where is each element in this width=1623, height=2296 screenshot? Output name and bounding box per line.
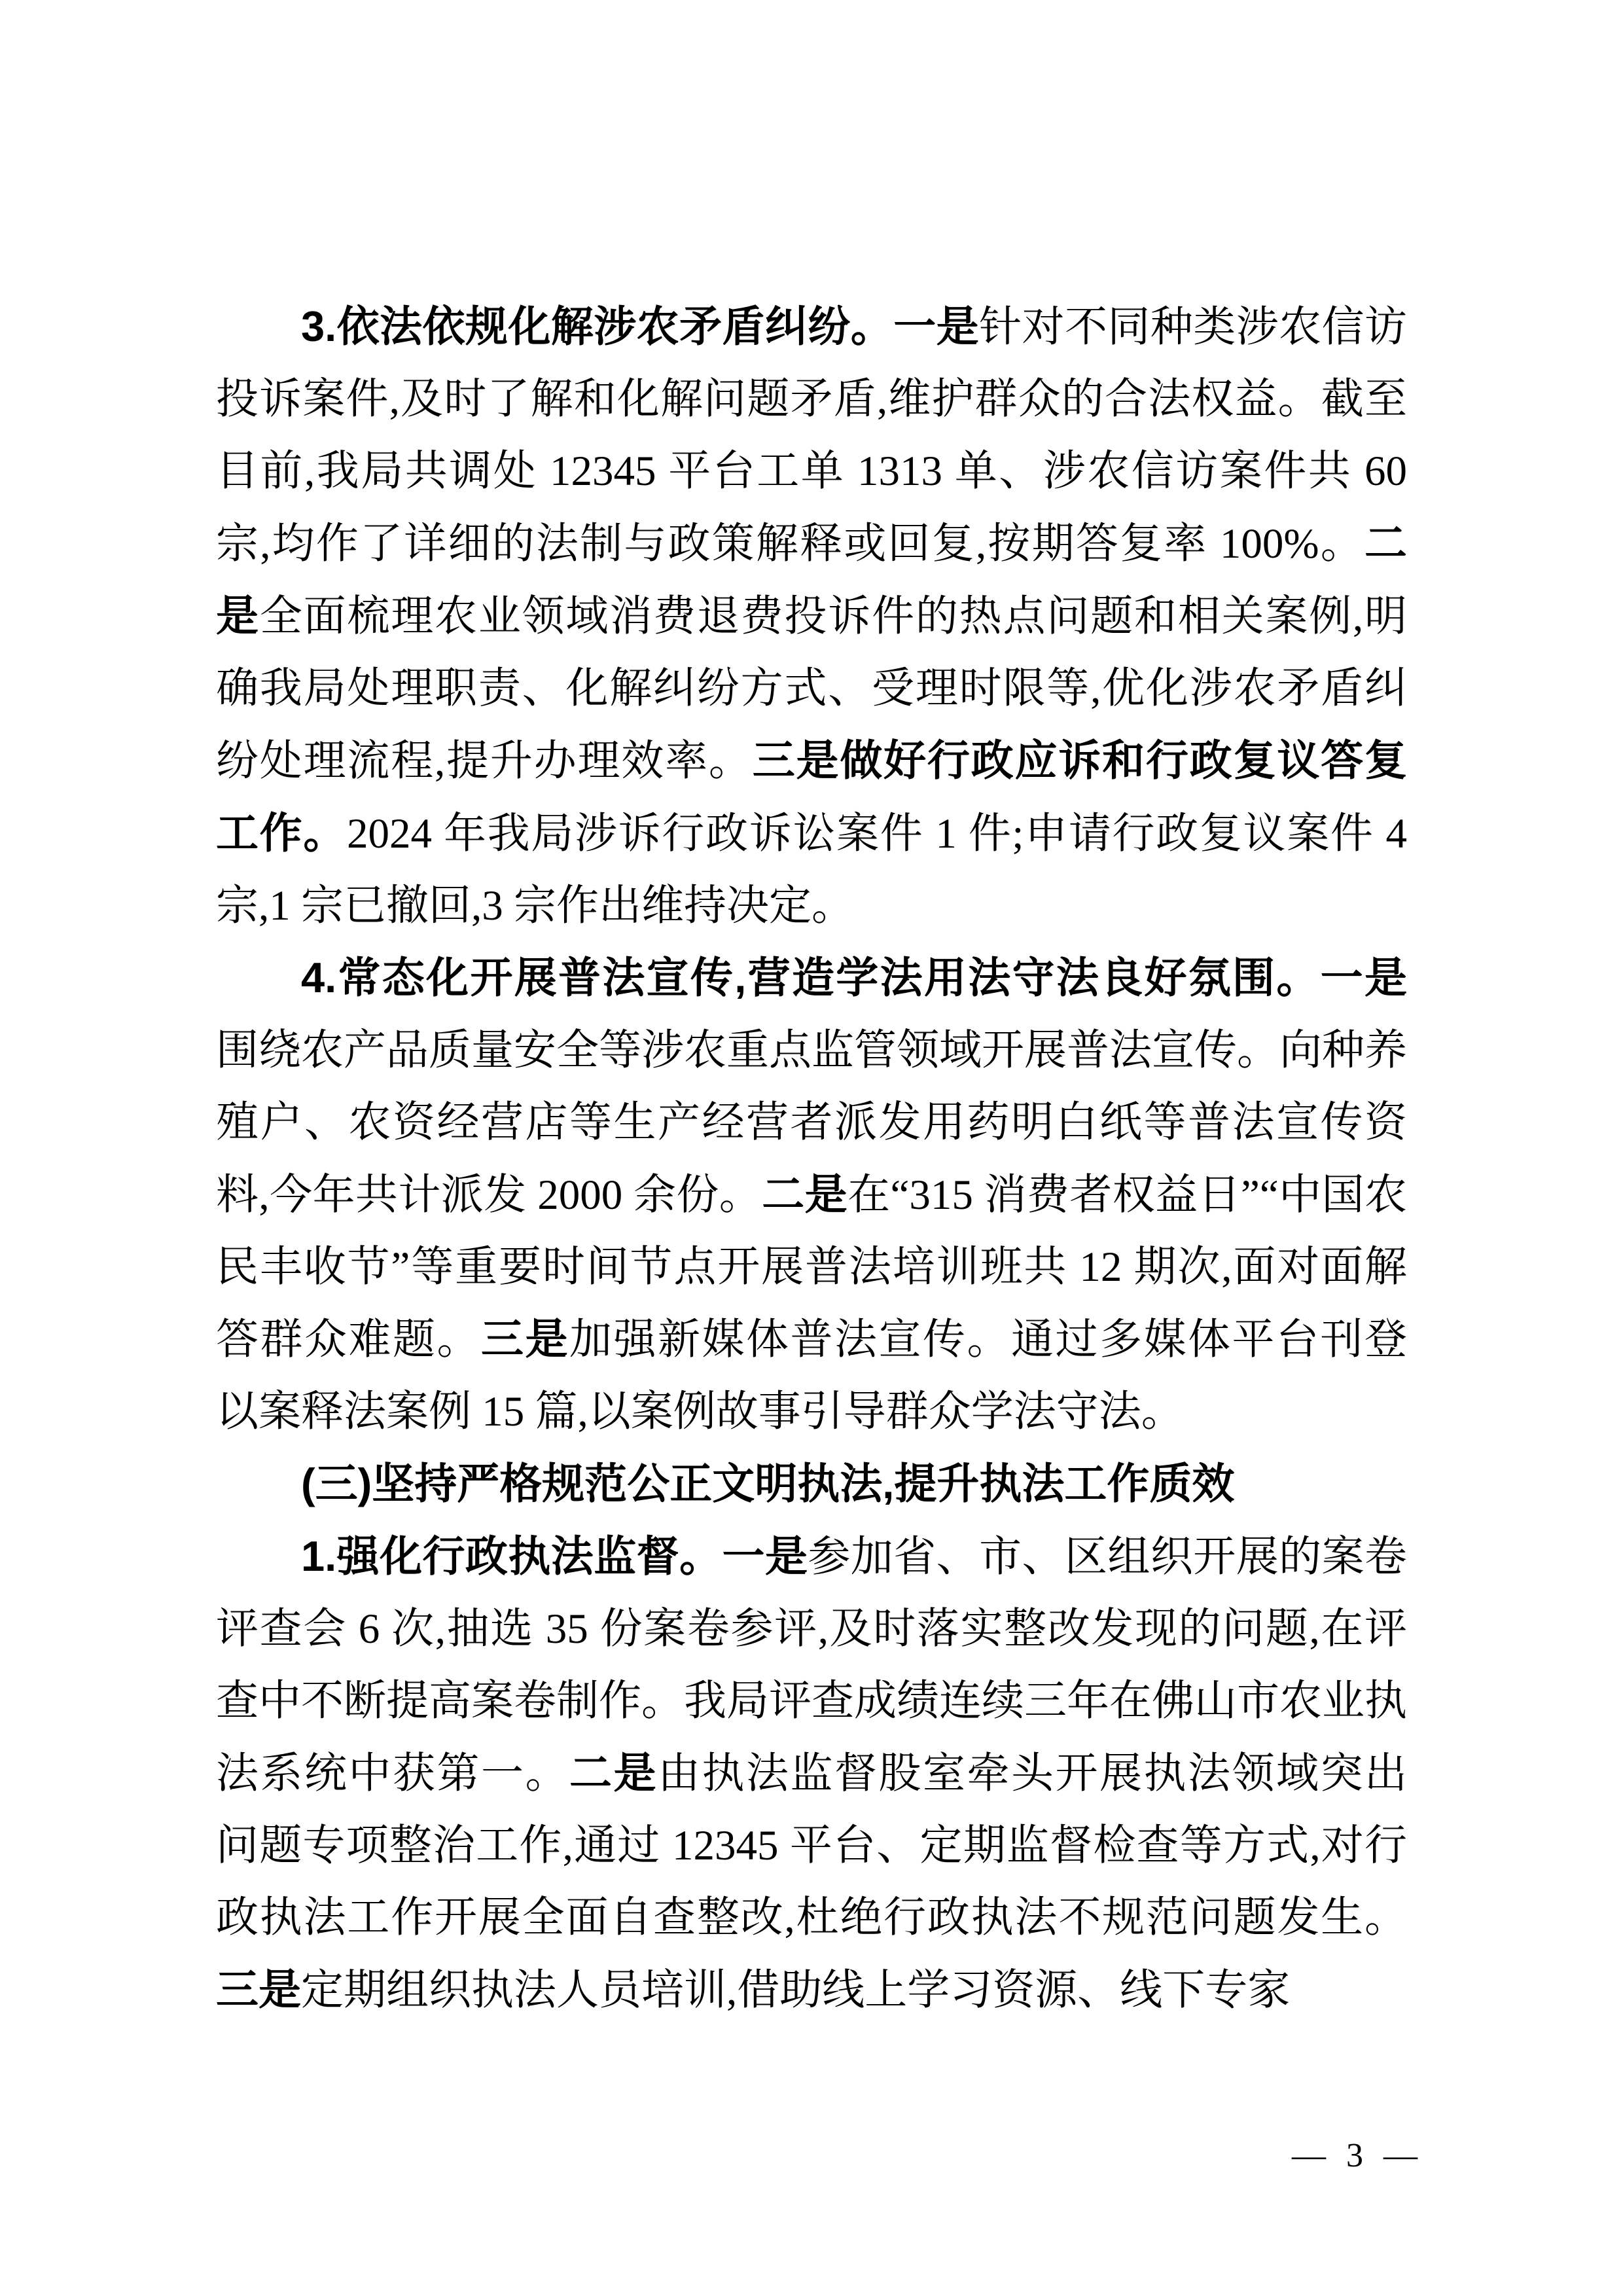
text-run: (三)坚持严格规范公正文明执法,提升执法工作质效 [301, 1460, 1234, 1507]
text-run: 1.强化行政执法监督。一是 [301, 1532, 808, 1580]
text-run: 定期组织执法人员培训,借助线上学习资源、线下专家 [301, 1967, 1290, 2014]
document-body: 3.依法依规化解涉农矛盾纠纷。一是针对不同种类涉农信访投诉案件,及时了解和化解问… [216, 291, 1407, 2026]
text-run: 三是 [481, 1315, 569, 1363]
body-paragraph: 4.常态化开展普法宣传,营造学法用法守法良好氛围。一是围绕农产品质量安全等涉农重… [216, 942, 1407, 1448]
text-run: 二是 [762, 1170, 847, 1218]
text-run: 二是 [569, 1749, 658, 1797]
text-run: 三是 [216, 1965, 301, 2013]
text-run: 4.常态化开展普法宣传,营造学法用法守法良好氛围。一是 [301, 954, 1407, 1001]
page-number: — 3 — [1270, 2138, 1440, 2174]
text-run: 2024 年我局涉诉行政诉讼案件 1 件;申请行政复议案件 4 宗,1 宗已撤回… [216, 810, 1407, 929]
document-page: 3.依法依规化解涉农矛盾纠纷。一是针对不同种类涉农信访投诉案件,及时了解和化解问… [0, 0, 1623, 2296]
body-paragraph: 3.依法依规化解涉农矛盾纠纷。一是针对不同种类涉农信访投诉案件,及时了解和化解问… [216, 291, 1407, 942]
text-run: 3.依法依规化解涉农矛盾纠纷。一是 [301, 302, 979, 350]
section-heading: (三)坚持严格规范公正文明执法,提升执法工作质效 [216, 1448, 1407, 1520]
body-paragraph: 1.强化行政执法监督。一是参加省、市、区组织开展的案卷评查会 6 次,抽选 35… [216, 1520, 1407, 2026]
